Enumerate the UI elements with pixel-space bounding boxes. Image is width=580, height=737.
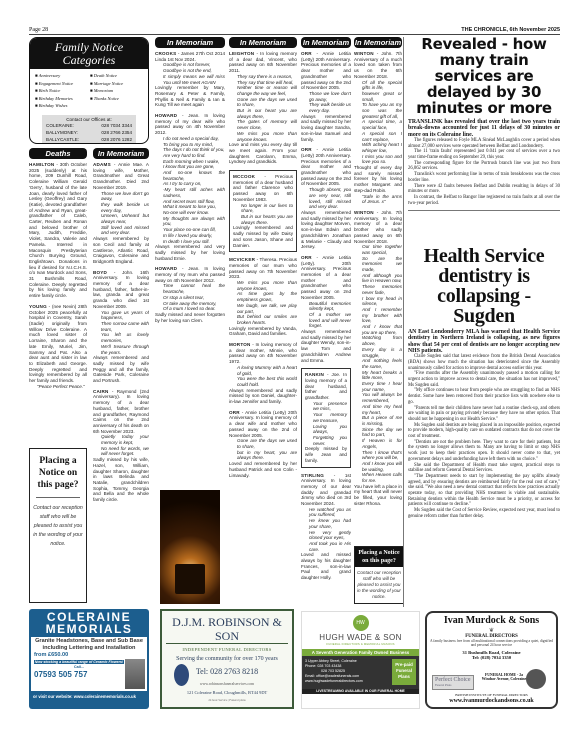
verse-line: Since the day we had to part, — [362, 427, 402, 438]
category-item: Thanks Notice — [90, 95, 143, 103]
ad-serving: Serving the community for over 170 years — [162, 656, 292, 662]
notice: ORR - Annie Letitia (Letty) 20th Anniver… — [301, 51, 351, 142]
section-header-in-memoriam: In Memoriam — [229, 37, 297, 48]
verse-line: I do not need a special day, — [163, 136, 225, 142]
notice-text: - Annie Letitia (Letty) 20th Anniversary… — [301, 51, 351, 90]
notice-verse: Quietly today your memory is kept,No nee… — [93, 434, 149, 457]
article-paragraph: Ms Sugden said dentists are being placed… — [408, 423, 560, 440]
article-paragraph: The figures released to Foyle MLA Sinéad… — [408, 138, 560, 149]
notice-verse: Our time together was special,So are the… — [354, 244, 402, 484]
article-paragraph: "The Department needs to start by implem… — [408, 474, 560, 508]
deaths-column: Deaths HAMILTON - 30th October 2025 (sud… — [29, 148, 87, 458]
placing-notice-title: Placing a Notice on this page? — [36, 449, 80, 498]
section-header-deaths: Deaths — [29, 148, 87, 159]
notice-verse: Those we love don't go away,they walk be… — [93, 191, 149, 237]
verse-line: -My heart still aches with sadness, — [163, 187, 225, 198]
ad-hugh-wade[interactable]: HW HUGH WADE & SON FUNERAL DIRECTORS & M… — [301, 611, 420, 709]
verse-line: Your presence we miss, — [313, 401, 347, 412]
article-paragraph: The corresponding figure for the Portrus… — [408, 161, 560, 172]
notice: ADAMS - Annie Mae. A loving wife, Mother… — [93, 162, 149, 265]
notice-verse: Beautiful memories silently kept,Of a mo… — [301, 301, 351, 330]
verse-line: Every time I hear your name, — [362, 381, 402, 392]
verse-line: Then sorrow came with tears, — [101, 321, 149, 332]
notice: HOWARD - Jean. In loving memory of my de… — [155, 113, 225, 261]
category-item: Birthday Memories — [35, 95, 88, 103]
verse-line: Beautiful memories silently kept, — [309, 301, 351, 312]
article-divider — [408, 210, 560, 211]
article-paragraph: She said the Department of Health must t… — [408, 463, 560, 474]
ad-subtitle: FUNERAL DIRECTORS & MEMORIAL MASONS — [302, 642, 419, 646]
ad-phone: Tel: (028) 7034 3350 — [429, 655, 554, 660]
office-phone: 028 7034 3344 — [101, 123, 132, 130]
verse-line: "Peace Perfect Peace." — [37, 384, 87, 390]
ad-price: from £650.00 — [34, 652, 144, 659]
notice-signoff: Always remembered and sadly missed by he… — [301, 114, 351, 143]
verse-line: You were the best this world could hold. — [237, 376, 297, 387]
placing-notice-body: Contact our reception staff who will be … — [355, 567, 403, 603]
column-divider — [403, 37, 404, 607]
ad-name: COLERAINE MEMORIALS — [29, 609, 149, 635]
placing-notice-title: Placing a Notice on this page? — [355, 547, 403, 567]
ad-name: D.J.M. ROBINSON & SON — [166, 615, 288, 644]
notice-text: - Raymond (2nd Anniversary). In loving m… — [93, 389, 149, 434]
notice-surname: HOWARD — [155, 266, 177, 271]
notice-text: - Annie Letitia (Letty). 20th Anniversar… — [301, 255, 351, 300]
verse-line: But behind our smiles are broken hearts. — [237, 314, 297, 325]
notice: CAIRN - Raymond (2nd Anniversary). In lo… — [93, 389, 149, 503]
verse-line: You gave us years of happiness, — [101, 310, 149, 321]
notice-signoff: Always remembered and sadly missed by he… — [301, 210, 351, 250]
verse-line: We miss you more than anyone knows. — [237, 131, 297, 142]
verse-line: A loving Mummy with a heart of gold, — [237, 365, 297, 376]
crest-icon — [526, 669, 546, 689]
office-name: BALLYMONEY: — [46, 130, 78, 137]
category-item: Marriage Notice — [90, 80, 143, 88]
notice-signoff: Always remembered and sadly missed by so… — [229, 388, 297, 405]
verse-line: Those we love don't go away, — [309, 91, 351, 102]
page-number: Page 28 — [29, 27, 48, 33]
section-header-in-memoriam: In Memoriam — [301, 37, 351, 48]
notice-signoff: Thought of every day and sorely missed f… — [354, 165, 402, 194]
category-item: Death Notice — [90, 72, 143, 80]
verse-line: They walk beside us every day. — [309, 102, 351, 113]
article-paragraph: "My office continues to hear from people… — [408, 388, 560, 405]
article-lead: TRANSLINK has revealed that over the las… — [408, 119, 560, 138]
article-paragraph: The 11 'train faults' represented just 0… — [408, 149, 560, 160]
verse-line: We'll treasure through the years. — [101, 344, 149, 355]
notice-surname: STIRLING — [301, 473, 324, 478]
ad-band: A Seventh Generation Family Owned Busine… — [302, 649, 419, 656]
notice-text: - John. 7th Anniversary. In loving memor… — [354, 210, 402, 244]
headline: Health Service dentistry is collapsing -… — [408, 246, 560, 326]
ad-djm-robinson[interactable]: D.J.M. ROBINSON & SON INDEPENDENT FUNERA… — [160, 609, 294, 709]
verse-line: With aching heart I whisper low, — [362, 142, 402, 153]
ad-livestream: LIVESTREAMING AVAILABLE IN OUR FUNERAL H… — [302, 689, 419, 694]
notice-signoff: Loved and missed always by his daughter … — [301, 552, 351, 581]
office-name: COLERAINE: — [46, 123, 74, 130]
notice-surname: RANKIN — [305, 372, 324, 377]
paper-date: THE CHRONICLE, 6th November 2025 — [461, 27, 560, 33]
verse-line: Every day is a struggle, — [362, 347, 402, 358]
verse-line: Neither time or reason will change the w… — [237, 85, 297, 96]
verse-line: And I know you will be waiting, — [362, 461, 402, 472]
notice-signoff: Lovingly remember by Mary, Rosemary & Pe… — [155, 85, 225, 108]
ad-website: www.ivanmurdockandsons.co.uk — [427, 698, 556, 704]
notice-text: - John. 16th Anniversary. In loving memo… — [93, 270, 149, 309]
notice-verse: You gave us years of happiness,Then sorr… — [93, 310, 149, 356]
perfect-choice-sub: Funeral Plans — [435, 684, 473, 687]
article-paragraph: "Dentists are not the problem here. They… — [408, 440, 560, 463]
crest-icon — [174, 664, 189, 686]
notice-signoff: Lovingly remembered by Vanda, Graham, Da… — [229, 326, 297, 337]
office-phone: 028 2766 2354 — [101, 130, 132, 137]
article-dentistry: Health Service dentistry is collapsing -… — [408, 246, 560, 520]
notice-surname: CAIRN — [93, 389, 109, 394]
verse-line: But in our heart you are always there, — [237, 108, 297, 119]
verse-line: We miss you more than anyone knows, — [237, 280, 297, 291]
verse-line: I bow my head in silence, — [362, 296, 402, 307]
verse-line: Then I know that's where you will be, — [362, 450, 402, 461]
notice-text: - Annie Letitia (Letty) 20th Anniversary… — [229, 410, 297, 438]
verse-line: He watched you as you suffered, — [309, 507, 351, 518]
ad-coleraine-memorials[interactable]: COLERAINE MEMORIALS Granite Headstones, … — [29, 609, 149, 709]
article-paragraph: There were 42 faults between Belfast and… — [408, 184, 560, 195]
placing-notice-box-2: Placing a Notice on this page? Contact o… — [354, 546, 404, 604]
notice-surname: ORR — [301, 51, 312, 56]
notice-surname: ORR — [301, 255, 312, 260]
verse-line: He knew you had your share, — [309, 518, 351, 529]
verse-line: You will always be remembered, — [362, 392, 402, 403]
category-item: Birth Notice — [35, 87, 88, 95]
notice-signoff: Sadly missed by his wife, Hazel, son, Wi… — [93, 457, 149, 503]
article-paragraph: "Parents tell me their children have nev… — [408, 406, 560, 423]
verse-line: Unseen, Unheard but always near, — [101, 213, 149, 224]
notice: ORR - Annie Letitia (Letty) 20th Anniver… — [229, 410, 297, 478]
office-row: COLERAINE:028 7034 3344 — [46, 123, 132, 130]
office-row: BALLYMONEY:028 2766 2354 — [46, 130, 132, 137]
notice-verse: Gone are the days we used to share,but i… — [229, 438, 297, 461]
notice-surname: ORR — [229, 410, 240, 415]
ad-footer: 24 hour Service | Funeral plans — [162, 698, 292, 702]
headstone-image — [125, 659, 145, 689]
category-item: Anniversary — [35, 72, 88, 80]
verse-line: Those we love don't go away, — [101, 191, 149, 202]
notice-verse: A loving Mummy with a heart of gold,You … — [229, 365, 297, 388]
verse-line: Gone are the days we used to share, — [237, 97, 297, 108]
verse-line: If Heaven is for Angels, — [362, 438, 402, 449]
article-paragraph: Claire Sugden said that latest evidence … — [408, 354, 560, 371]
verse-line: And no-one knows the heartache, — [163, 170, 225, 181]
candle-photo — [160, 490, 220, 604]
notice-surname: HOWARD — [155, 113, 177, 118]
verse-line: When Heaven calls for me. — [362, 472, 402, 483]
article-paragraph: "Five months after the Assembly unanimou… — [408, 371, 560, 388]
notice-surname: CROOKS — [155, 51, 176, 56]
notice-signoff: Lovingly remembered and sadly missed by … — [233, 225, 293, 248]
verse-line: A special time, a special face, — [362, 119, 402, 130]
newspaper-page: Page 28 THE CHRONICLE, 6th November 2025… — [0, 0, 580, 737]
category-item: Memoriam — [90, 87, 143, 95]
verse-line: And time my heal my heart, — [362, 404, 402, 415]
notice-surname: ADAMS — [93, 162, 111, 167]
verse-line: Watching from above, — [362, 335, 402, 346]
notice-verse: Of all the special gifts in life,however… — [354, 80, 402, 166]
ad-address: 121 Coleraine Road, Cloughmills, BT44 9D… — [162, 690, 292, 695]
in-memoriam-column-3: In Memoriam LEIGHTON - In loving memory … — [229, 37, 297, 605]
section-header-in-memoriam: In Memoriam — [155, 37, 225, 48]
notice-surname: WINTON — [354, 210, 374, 215]
headline: Revealed - how many train services are d… — [408, 36, 560, 116]
notice: STIRLING - 1st Anniversary. In loving me… — [301, 473, 351, 581]
section-header-in-memoriam: In Memoriam — [93, 148, 149, 159]
notice: MCVICKER - Theresa. Precious memories of… — [229, 257, 297, 337]
verse-line: We laugh, we talk, we play our part, — [237, 303, 297, 314]
notice-surname: YOUNG — [29, 304, 47, 309]
in-memoriam-column-4: In Memoriam ORR - Annie Letitia (Letty) … — [301, 37, 351, 605]
office-phone: 028 2076 1282 — [101, 137, 132, 144]
perfect-choice-logo: Perfect ChoiceFuneral Plans — [432, 675, 474, 690]
notice-surname: MCVICKER — [229, 257, 255, 262]
notice-quote: "Safe in the arms of Jesus. x" — [354, 194, 402, 205]
family-notice-title: Family Notice Categories — [30, 38, 148, 69]
notice-verse: Those we love don't go away,They walk be… — [301, 91, 351, 114]
verse-line: No longer in our lives to share, — [241, 203, 293, 214]
verse-line: My thoughts are always with you, — [163, 216, 225, 227]
notice-text: - 1st Anniversary. In loving memory of o… — [301, 473, 351, 507]
notice: BOYD - John. 16th Anniversary. In loving… — [93, 270, 149, 384]
section-header-in-memoriam: In Memoriam — [354, 37, 402, 48]
notice-text: - Annie Letitia (Letty) 20th Anniversary… — [301, 147, 351, 186]
notice-verse: Time cannot heal the heartache,Or stop a… — [155, 283, 225, 312]
verse-line: As time goes by the emptiness grows, — [237, 291, 297, 302]
ad-website: or visit our website: www.colerainememor… — [29, 693, 149, 700]
placing-notice-body: Contact our reception staff who will be … — [30, 498, 86, 555]
notice-signoff: Love and miss you every day till we meet… — [229, 142, 297, 165]
article-paragraph: Ms Sugden said the Cost of Service Revie… — [408, 508, 560, 519]
verse-line: And took you in His care. — [309, 541, 351, 552]
notice-surname: LEIGHTON — [229, 51, 254, 56]
notice-signoff: Loved and remembered by her husband Patr… — [229, 461, 297, 478]
office-row: BALLYCASTLE:028 2076 1282 — [46, 137, 132, 144]
notice-surname: MCCOOK — [233, 174, 255, 179]
verse-line: The gates of memory will never close, — [237, 119, 297, 130]
notice: MCCOOK - Precious memories of a dear hus… — [229, 170, 297, 252]
notice-verse: I do not need a special day,To bring you… — [155, 136, 225, 244]
prepaid-plans-badge: Pre-paid Funeral Plans — [392, 659, 416, 685]
in-memoriam-column-2: In Memoriam CROOKS - James 27th Oct 2014… — [155, 37, 225, 490]
notice-verse: "Peace Perfect Peace." — [29, 384, 87, 390]
verse-line: but in my heart, you are always there. — [237, 450, 297, 461]
office-name: BALLYCASTLE: — [46, 137, 79, 144]
verse-line: Our time together was special, — [362, 244, 402, 255]
verse-line: Though absent, you are very near, still … — [309, 187, 351, 210]
notice: HAMILTON - 30th October 2025 (suddenly) … — [29, 162, 87, 299]
notice-surname: HAMILTON — [29, 162, 54, 167]
ad-name: Ivan Murdock & Sons — [429, 615, 554, 627]
verse-line: Your memory we treasure, — [313, 412, 347, 423]
article-paragraph: Translink's worst performing line in ter… — [408, 172, 560, 183]
verse-line: So are the memories we made, — [362, 256, 402, 273]
ad-tagline: Granite Headstones, Base and Sub Base in… — [34, 638, 144, 652]
notice-surname: MORTON — [229, 342, 251, 347]
notice: HOWARD - Jean. In loving memory of my mu… — [155, 266, 225, 323]
notice: ORR - Annie Letitia (Letty) 20th Anniver… — [301, 147, 351, 250]
verse-line: He very gently closed your eyes, — [309, 530, 351, 541]
category-list: AnniversaryDeath NoticeEngagement Notice… — [30, 69, 148, 113]
verse-line: And I remember my brother with love, — [362, 307, 402, 324]
verse-line: These memories never fade, — [362, 284, 402, 295]
contact-offices: Contact our Offices at: COLERAINE:028 70… — [42, 115, 136, 145]
verse-line: Forgetting you never. — [313, 435, 347, 446]
verse-line: however great or small, — [362, 91, 402, 102]
verse-line: Gone are the days we used to share, — [237, 438, 297, 449]
placing-notice-box: Placing a Notice on this page? Contact o… — [29, 448, 87, 603]
verse-line: Still loved and missed and very dear. — [101, 225, 149, 236]
verse-line: No need for words, we will never forget. — [101, 446, 149, 457]
notice-verse: No longer in our lives to share,But in o… — [233, 203, 293, 226]
notice-signoff: Always remembered by son Cecil and famil… — [93, 236, 149, 265]
notice-verse: We miss you more than anyone knows,As ti… — [229, 280, 297, 326]
notice-signoff: Always remembered and sadly missed by he… — [301, 329, 351, 363]
verse-line: Of all the special gifts in life, — [362, 80, 402, 91]
notice: WINTON - John. 7th Anniversary. In lovin… — [354, 210, 402, 507]
article-body: The figures released to Foyle MLA Sinéad… — [408, 138, 560, 206]
verse-line: Quietly today your memory is kept, — [101, 434, 149, 445]
ad-description: A family business free from all multinat… — [429, 639, 554, 648]
article-body: Claire Sugden said that latest evidence … — [408, 354, 560, 519]
notice-text: - (nee Nevin) 28th October 2025 peaceful… — [29, 304, 87, 383]
verse-line: You left us lovely memories, — [101, 332, 149, 343]
notice-signoff: Always remembered and very sadly missed … — [155, 244, 225, 261]
notice: WINTON - John. 7th Anniversary of a much… — [354, 51, 402, 205]
notice-surname: BOYD — [93, 270, 107, 275]
family-notice-categories-box: Family Notice Categories AnniversaryDeat… — [29, 37, 149, 144]
notice: YOUNG - (nee Nevin) 28th October 2025 pe… — [29, 304, 87, 390]
notice: CROOKS - James 27th Oct 2014 Linda 1st N… — [155, 51, 225, 108]
notice-verse: They say there is a reason,They say that… — [229, 74, 297, 142]
verse-line: I miss you son and love you so. — [362, 154, 402, 165]
notice: ORR - Annie Letitia (Letty). 20th Annive… — [301, 255, 351, 363]
verse-line: Of a mother we loved and will never forg… — [309, 312, 351, 329]
article-paragraph: In contrast, the Belfast to Bangor line … — [408, 195, 560, 206]
notice-signoff: Deeply missed by wife Jean and family. — [305, 446, 347, 463]
ad-funeral-home: FUNERAL HOME - 2a Windsor Avenue, Colera… — [479, 673, 529, 682]
verse-line: A special son I can't replace, — [362, 131, 402, 142]
notice-signoff: Always remembered and sadly missed by wi… — [93, 355, 149, 384]
notice: MORTON - In loving memory of a dear moth… — [229, 342, 297, 405]
notice-text: - 30th October 2025 (suddenly) at his ho… — [29, 162, 87, 298]
verse-line: And I know that you are up there, — [362, 324, 402, 335]
notice: LEIGHTON - In loving memory of a dear da… — [229, 51, 297, 165]
verse-line: they walk beside us every day, — [101, 202, 149, 213]
verse-line: But in our hearts you are always there. — [241, 214, 293, 225]
verse-line: But a piece of me is missing, — [362, 415, 402, 426]
ad-ivan-murdock[interactable]: Ivan Murdock & Sons ❦ FUNERAL DIRECTORS … — [425, 611, 558, 709]
ornament-icon: ❦ — [429, 627, 554, 634]
notice-verse: Your presence we miss,Your memory we tre… — [305, 401, 347, 447]
notice: RANKIN - Joe. In loving memory of a dear… — [301, 368, 351, 467]
verse-line: Time cannot heal the heartache, — [163, 283, 225, 294]
verse-line: They say there is a reason, — [237, 74, 297, 80]
verse-line: And although you live in Heaven now, — [362, 273, 402, 284]
in-memoriam-column-5: In Memoriam WINTON - John. 7th Anniversa… — [354, 37, 402, 542]
category-item: Birthday Wishes — [35, 102, 88, 110]
ad-name: HUGH WADE & SON — [302, 633, 419, 642]
ad-subtitle: INDEPENDENT FUNERAL DIRECTORS — [162, 647, 292, 652]
category-item: Engagement Notice — [35, 80, 88, 88]
notice-verse: He watched you as you suffered,He knew y… — [301, 507, 351, 553]
notice-verse: Goodbye is not forever,Goodbye is not th… — [155, 62, 225, 85]
verse-line: My heart breaks a little more, — [362, 370, 402, 381]
verse-line: Loving you always, — [313, 424, 347, 435]
verse-line: Your place no-one can fill, — [163, 227, 225, 233]
contact-title: Contact our Offices at: — [46, 117, 132, 124]
in-memoriam-column-1: In Memoriam ADAMS - Annie Mae. A loving … — [93, 148, 149, 604]
notice-surname: WINTON — [354, 51, 374, 56]
ad-institute: BRITISH INSTITUTE OF FUNERAL DIRECTORS — [427, 693, 556, 697]
notice-signoff: You have left a place in my heart that w… — [354, 484, 402, 507]
hw-logo-icon: HW — [353, 615, 369, 631]
notice-signoff: Sadly missed and never forgotten by her … — [155, 312, 225, 323]
verse-line: And nothing feels the same, — [362, 358, 402, 369]
notice-verse: Though absent, you are very near, still … — [301, 187, 351, 210]
notice-surname: ORR — [301, 147, 312, 152]
article-lead: AN East Londonderry MLA has warned that … — [408, 329, 560, 354]
article-train-delays: Revealed - how many train services are d… — [408, 36, 560, 215]
verse-line: It simply means we will miss You until W… — [163, 74, 225, 85]
verse-line: To have you as my son was the greatest g… — [362, 102, 402, 119]
